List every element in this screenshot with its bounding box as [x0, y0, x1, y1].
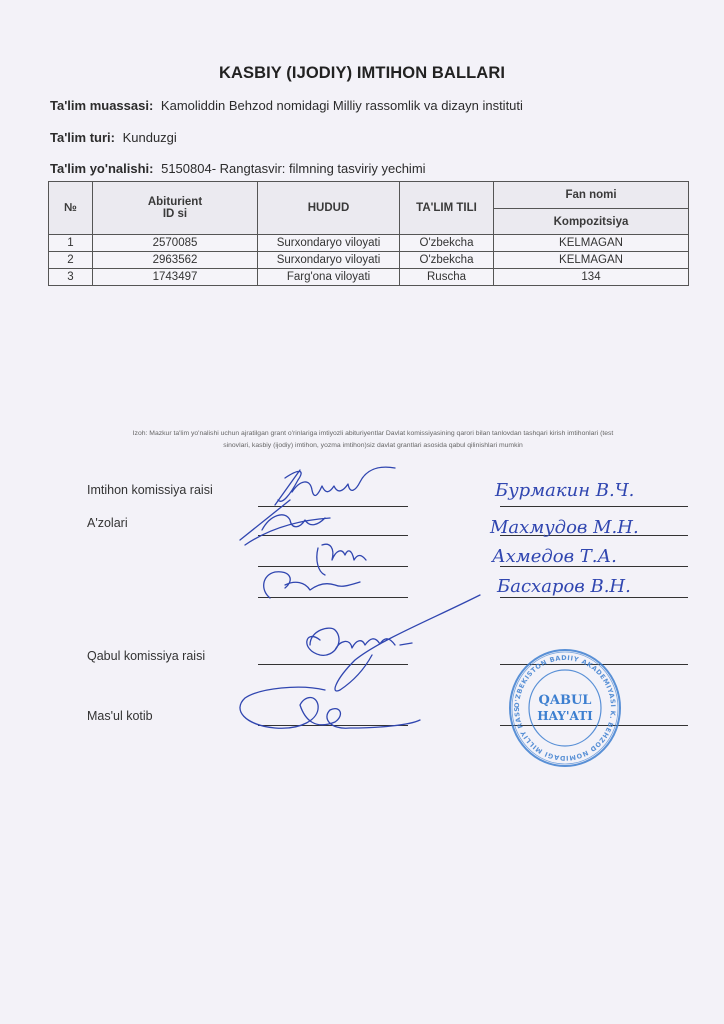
cell-language: O'zbekcha — [400, 252, 494, 269]
signature-line — [258, 566, 408, 567]
header-subject: Kompozitsiya — [494, 209, 689, 235]
footnote: Izoh: Mazkur ta'lim yo'nalishi uchun ajr… — [58, 428, 688, 452]
name-line — [500, 597, 688, 598]
header-id-line2: ID si — [163, 208, 187, 220]
members-label: A'zolari — [87, 516, 128, 530]
cell-no: 2 — [49, 252, 93, 269]
cell-region: Surxondaryo viloyati — [258, 235, 400, 252]
cell-id: 1743497 — [93, 269, 258, 286]
institution-label: Ta'lim muassasi: — [50, 98, 153, 113]
signature-line — [258, 664, 408, 665]
header-language: TA'LIM TILI — [400, 182, 494, 235]
cell-id: 2570085 — [93, 235, 258, 252]
study-type-field: Ta'lim turi: Kunduzgi — [50, 130, 177, 145]
cell-no: 3 — [49, 269, 93, 286]
signature-line — [258, 506, 408, 507]
official-stamp: O'ZBEKISTON BADIIY AKADEMIYASI K. BEHZOD… — [508, 648, 622, 768]
stamp-line2: HAY'ATI — [537, 709, 593, 723]
table-row: 2 2963562 Surxondaryo viloyati O'zbekcha… — [49, 252, 689, 269]
institution-value: Kamoliddin Behzod nomidagi Milliy rassom… — [161, 98, 523, 113]
header-no: № — [49, 182, 93, 235]
footnote-line1: Izoh: Mazkur ta'lim yo'nalishi uchun ajr… — [58, 428, 688, 440]
handwritten-name-3: Ахмедов Т.А. — [490, 546, 617, 567]
cell-language: O'zbekcha — [400, 235, 494, 252]
table-row: 3 1743497 Farg'ona viloyati Ruscha 134 — [49, 269, 689, 286]
stamp-line1: QABUL — [539, 693, 592, 708]
study-type-label: Ta'lim turi: — [50, 130, 115, 145]
header-subject-group: Fan nomi — [494, 182, 689, 209]
document-title: KASBIY (IJODIY) IMTIHON BALLARI — [0, 64, 724, 83]
header-id-line1: Abiturient — [148, 196, 202, 208]
name-line — [500, 566, 688, 567]
signature-line — [258, 597, 408, 598]
name-line — [500, 506, 688, 507]
header-applicant-id: Abiturient ID si — [93, 182, 258, 235]
handwritten-signatures: Бурмакин В.Ч. Махмудов М.Н. Ахмедов Т.А.… — [0, 0, 724, 1024]
scores-table: № Abiturient ID si HUDUD TA'LIM TILI Fan… — [48, 181, 689, 286]
signature-line — [258, 535, 408, 536]
name-line — [500, 535, 688, 536]
exam-chair-label: Imtihon komissiya raisi — [87, 483, 213, 497]
handwritten-name-4: Басхаров В.Н. — [496, 576, 631, 597]
study-direction-label: Ta'lim yo'nalishi: — [50, 161, 153, 176]
cell-score: 134 — [494, 269, 689, 286]
study-direction-field: Ta'lim yo'nalishi: 5150804- Rangtasvir: … — [50, 161, 426, 176]
signature-line — [258, 725, 408, 726]
institution-field: Ta'lim muassasi: Kamoliddin Behzod nomid… — [50, 98, 523, 113]
cell-score: KELMAGAN — [494, 252, 689, 269]
cell-id: 2963562 — [93, 252, 258, 269]
admission-chair-label: Qabul komissiya raisi — [87, 649, 205, 663]
study-direction-value: 5150804- Rangtasvir: filmning tasviriy y… — [161, 161, 425, 176]
cell-language: Ruscha — [400, 269, 494, 286]
table-row: 1 2570085 Surxondaryo viloyati O'zbekcha… — [49, 235, 689, 252]
cell-score: KELMAGAN — [494, 235, 689, 252]
cell-region: Surxondaryo viloyati — [258, 252, 400, 269]
cell-region: Farg'ona viloyati — [258, 269, 400, 286]
handwritten-name-1: Бурмакин В.Ч. — [494, 480, 634, 501]
footnote-line2: sinovlari, kasbiy (ijodiy) imtihon, yozm… — [58, 440, 688, 452]
header-region: HUDUD — [258, 182, 400, 235]
cell-no: 1 — [49, 235, 93, 252]
secretary-label: Mas'ul kotib — [87, 709, 153, 723]
study-type-value: Kunduzgi — [123, 130, 177, 145]
